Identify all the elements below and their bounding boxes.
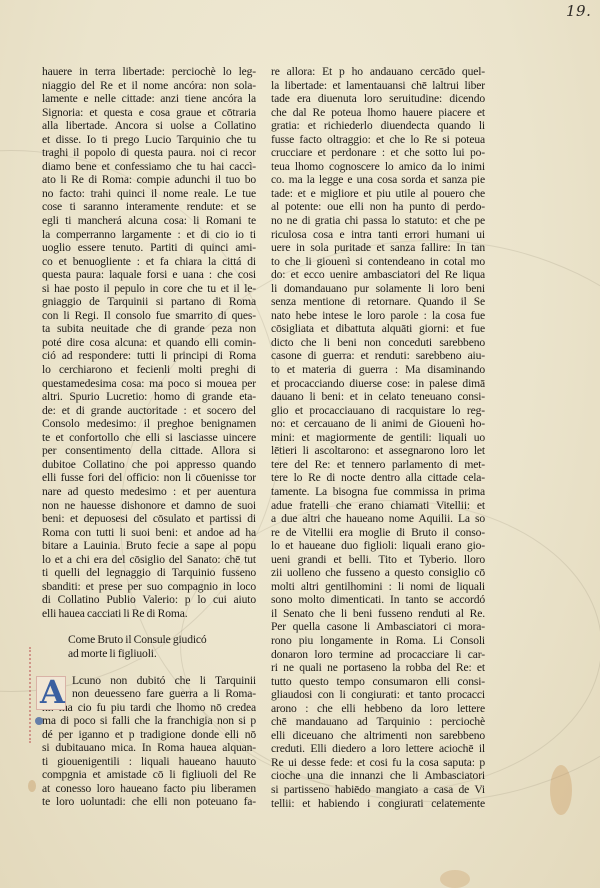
text-line: egli ti mancherá alcuna cosa: li Romani …	[42, 214, 256, 228]
text-line: teua lhomo cognoscere lo amico da lo ini…	[271, 160, 485, 174]
text-line: cose ti saranno interamente rendute: et …	[42, 200, 256, 214]
text-line: rono piu longamente in Roma. Li Consoli	[271, 634, 485, 648]
text-line: Re ui desse fede: et cosi fu la cosa sap…	[271, 756, 485, 770]
text-line: ti quelli del legnaggio di Tarquinio fus…	[42, 566, 256, 580]
text-line: et disse. Io ti prego Lucio Tarquinio ch…	[42, 133, 256, 147]
text-line: tere lo Re di nocte dentro alla cittade …	[271, 471, 485, 485]
text-line: molti altri gentilhomini : li nomi de li…	[271, 580, 485, 594]
text-line: to che li giouenì si contendeano in cota…	[271, 255, 485, 269]
text-line: cioche una die innanzi che li Ambasciato…	[271, 769, 485, 783]
text-line: co. ma la legge e una cosa sorda et sanz…	[271, 173, 485, 187]
text-line: chē mandauano ad Tarquinio : perciochè	[271, 715, 485, 729]
foxing-stain	[550, 765, 572, 815]
text-line: diamo bene et confessiamo che tu hai cac…	[42, 160, 256, 174]
text-line: si partisseno habiēdo mangiato a casa de…	[271, 783, 485, 797]
text-line: alla libertade. Ancora si uolse a Collat…	[42, 119, 256, 133]
text-line: mini: et magiormente de gentili: liquali…	[271, 431, 485, 445]
text-line: lo et haueane duo figlioli: liquali eran…	[271, 539, 485, 553]
text-line: questamedesima cosa: ma poco si mouea pe…	[42, 377, 256, 391]
chapter-body: A Lcuno non dubitó che li Tarquinii non …	[42, 674, 256, 809]
text-line: crucciare et perdonare : et che sotto lu…	[271, 146, 485, 160]
text-line: te loro uoluntadi: che elli non poteuano…	[42, 795, 256, 809]
text-line: Consolo medesimo: il preghoe benignamen	[42, 417, 256, 431]
folio-number: 19.	[566, 2, 591, 20]
text-line: tade: et e migliore et piu utile al poue…	[271, 187, 485, 201]
text-line: per consentimento della cittade. Allora …	[42, 444, 256, 458]
text-line: re allora: Et p ho andauano cercādo quel…	[271, 65, 485, 79]
text-line: dubitoe Collatino che poi appresso quand…	[42, 458, 256, 472]
text-line: nato hebe intese le loro parole : la cos…	[271, 309, 485, 323]
text-line: bitare a Lauinia. Bruto fecie a sape al …	[42, 539, 256, 553]
text-line: tellii: et habiendo i congiurati celatem…	[271, 797, 485, 811]
text-line: si hae posto il pepulo in core che tu et…	[42, 282, 256, 296]
text-line: lo et a chi era del cōsiglio del Sanato:…	[42, 553, 256, 567]
heading-line: Come Bruto il Consule giudicó	[68, 633, 256, 647]
text-line: tamente. La bisogna fue commissa in prim…	[271, 485, 485, 499]
text-line: ri ne quali ne portaseno la robba del Re…	[271, 661, 485, 675]
text-line: do: et ecco uenire ambasciatori del Re l…	[271, 268, 485, 282]
text-line: beni: et depuosesi del cōsulato et parti…	[42, 512, 256, 526]
text-line: altri. Spurio Lucretio: homo di grande e…	[42, 390, 256, 404]
text-line: adue fratelli che erano chiamati Vitelli…	[271, 499, 485, 513]
text-line: no: et cercauano de li animi de Giouenì …	[271, 417, 485, 431]
text-line: lo cerchiarono et fecienli molti preghi …	[42, 363, 256, 377]
text-line: di Collatino Publio Valerio: p lo cui ai…	[42, 593, 256, 607]
text-line: fusse facto oltraggio: et che lo Re si p…	[271, 133, 485, 147]
text-line: at conesso loro haueano facto piu libera…	[42, 782, 256, 796]
text-line: riculosa cosa e intra tanti errori human…	[271, 228, 485, 242]
text-line: poté dire cosa alcuna: et quando elli co…	[42, 336, 256, 350]
text-line: ni: ma cio fu piu tardi che lhomo nō cre…	[42, 701, 256, 715]
initial-letter: A	[40, 674, 65, 710]
text-line: la comperranno largamente : et di cio io…	[42, 228, 256, 242]
rubric-dot-icon	[35, 717, 43, 725]
text-line: cōsigliata et dibattuta alquāti giorni: …	[271, 322, 485, 336]
text-line: sbanditi: et prese per suo compagnio in …	[42, 580, 256, 594]
text-line: nare ad questo medesimo : et per auentur…	[42, 485, 256, 499]
text-line: il Senato che li beni fusseno renduti al…	[271, 607, 485, 621]
right-text-column: re allora: Et p ho andauano cercādo quel…	[271, 65, 485, 810]
text-line: gniaggio de Tarquinii si partano di Roma	[42, 295, 256, 309]
left-column-paragraph: hauere in terra libertade: perciochè lo …	[42, 65, 256, 620]
text-line: et procacciando diuerse cose: in palese …	[271, 377, 485, 391]
text-line: tade era diuenuta loro seruitudine: dice…	[271, 92, 485, 106]
text-line: li domandauano pur solamente li loro ben…	[271, 282, 485, 296]
text-line: che dal Re poteua lhomo hauere piacere e…	[271, 106, 485, 120]
text-line: Per quella casone li Ambasciatori ci mor…	[271, 620, 485, 634]
text-line: a due altri che haueano nome Aquilii. La…	[271, 512, 485, 526]
text-line: Lcuno non dubitó che li Tarquinii	[42, 674, 256, 688]
text-line: ueni grandi et belli. Tito et Tyberio. l…	[271, 553, 485, 567]
text-line: traghi il popolo di questa paura. noi ci…	[42, 146, 256, 160]
text-line: donaron loro termine ad procacciare li c…	[271, 648, 485, 662]
text-line: Signoria: et questa e cosa graue et cōtr…	[42, 106, 256, 120]
text-line: hauere in terra libertade: perciochè lo …	[42, 65, 256, 79]
text-line: ció ad respondere: tutti li principi di …	[42, 349, 256, 363]
text-line: no ne di gratia chi passa lo statuto: et…	[271, 214, 485, 228]
text-line: uere in sola puritade et sanza fallire: …	[271, 241, 485, 255]
text-line: ato li Re di Roma: compie adunchi il tuo…	[42, 173, 256, 187]
text-line: si dubitauano mica. In Roma hauea alquan…	[42, 741, 256, 755]
text-line: non deuesseno fare guerra a li Roma-	[42, 687, 256, 701]
text-line: re de Vitellii era moglie di Bruto il co…	[271, 526, 485, 540]
text-line: co et benuogliente : et fa chiara la cit…	[42, 255, 256, 269]
text-line: compgnia et amistade cō li figliuoli del…	[42, 768, 256, 782]
text-line: non ne hauesse dishonore et damno de suo…	[42, 499, 256, 513]
text-line: dauano li beni: et in celato teneuano co…	[271, 390, 485, 404]
text-line: de: et di grande auctoritade : et socero…	[42, 404, 256, 418]
text-line: uoglio essere tenuto. Partiti di quinci …	[42, 241, 256, 255]
text-line: tere del Re: et tennero parlamento di me…	[271, 458, 485, 472]
text-line: arono : che elli hebbeno da loro lettere	[271, 702, 485, 716]
text-line: elli diceuano che altrimenti non sarebbe…	[271, 729, 485, 743]
text-line: dicto che li beni non conceduti sarebben…	[271, 336, 485, 350]
text-line: gliaudosi con li congiurati: et tanto pr…	[271, 688, 485, 702]
text-line: tutto questo tempo consumaron elli consi…	[271, 675, 485, 689]
text-line: elli hauea cacciati li Re di Roma.	[42, 607, 256, 621]
rubric-flourish-icon	[29, 647, 37, 743]
text-line: dé per iganno et p tradigione donde elli…	[42, 728, 256, 742]
illuminated-initial: A	[36, 676, 66, 710]
text-line: no facto: trahi quinci il nome reale. Le…	[42, 187, 256, 201]
text-line: niaggio del Re et il nome ancóra: non so…	[42, 79, 256, 93]
text-line: ti giouenigentili : liquali haueano hauu…	[42, 755, 256, 769]
text-line: lamente e nelle cittade: anzi tiene ancó…	[42, 92, 256, 106]
text-line: creduti. Elli diedero a loro lettere aci…	[271, 742, 485, 756]
text-line: questa paura: laquale forsi e uana : che…	[42, 268, 256, 282]
text-line: lētieri li ascoltarono: et assegnarono l…	[271, 444, 485, 458]
text-line: la libertade: et lamentauansi chē laltru…	[271, 79, 485, 93]
text-line: to et materia di guerra : Ma disaminando	[271, 363, 485, 377]
text-line: senza mentione di retornare. Quando il S…	[271, 295, 485, 309]
text-line: Roma con tutti li suoi beni: et andoe ad…	[42, 526, 256, 540]
heading-line: ad morte li figliuoli.	[68, 647, 256, 661]
book-page: 19. hauere in terra libertade: perciochè…	[0, 0, 600, 888]
text-line: zii uolleno che fusseno a questo consigl…	[271, 566, 485, 580]
text-line: te et confortollo che elli si lasciasse …	[42, 431, 256, 445]
text-line: glio et procacciauano di racquistare lo …	[271, 404, 485, 418]
text-line: casone di guerra: et renduti: sarebbeno …	[271, 349, 485, 363]
text-line: con li Regi. Il consolo fue smarrito di …	[42, 309, 256, 323]
text-line: ma di poco si falli che la franchigia no…	[42, 714, 256, 728]
chapter-heading: Come Bruto il Consule giudicó ad morte l…	[42, 633, 256, 660]
text-line: gratia: et richiederlo diuendecta quando…	[271, 119, 485, 133]
foxing-stain	[440, 870, 470, 888]
text-line: al potente: oue elli non ha punto di per…	[271, 200, 485, 214]
text-line: sono molto dimenticati. In tanto se acco…	[271, 593, 485, 607]
text-line: elli fusse fori del officio: non li cōue…	[42, 471, 256, 485]
text-line: ta subita neuitade che di grande peza no…	[42, 322, 256, 336]
left-text-column: hauere in terra libertade: perciochè lo …	[42, 65, 256, 809]
foxing-stain	[28, 780, 36, 792]
